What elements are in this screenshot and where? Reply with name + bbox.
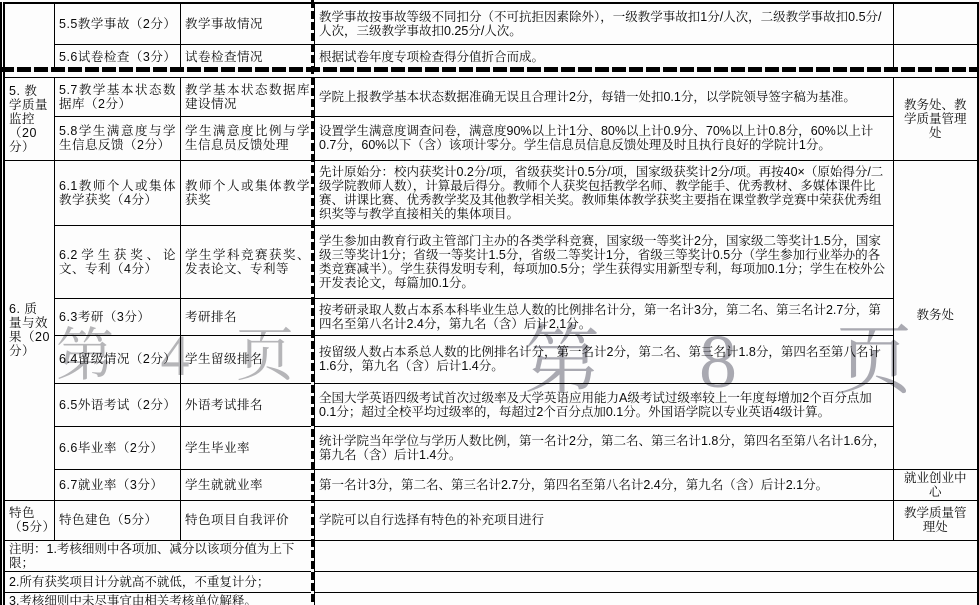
item-cell: 6.7就业率（3分） — [55, 469, 181, 500]
criteria-cell: 设置学生满意度调查问卷，满意度90%以上计1分、80%以上计0.9分、70%以上… — [315, 116, 894, 160]
item-cell: 6.6毕业率（2分） — [55, 426, 181, 469]
item-cell: 5.7教学基本状态数据库（2分） — [55, 77, 181, 116]
criteria-cell: 学院可以自行选择有特色的补充项目进行 — [315, 500, 894, 540]
category-cell: 特色（5分） — [3, 500, 55, 540]
item-cell: 6.4留级情况（2分） — [55, 335, 181, 383]
item-cell: 6.1教师个人或集体教学获奖（4分） — [55, 160, 181, 225]
note-text: 3.考核细则中未尽事宜由相关考核单位解释。 — [3, 592, 315, 605]
table-row: 6.7就业率（3分） 学生就就业率 第一名计3分，第二名、第三名计2.7分，第四… — [3, 469, 978, 500]
page-break-row — [3, 70, 978, 77]
item-cell: 5.6试卷检查（3分） — [55, 44, 181, 70]
note-text: 2.所有获奖项目计分就高不就低，不重复计分； — [3, 571, 315, 592]
observation-cell: 学生满意度比例与学生信息员反馈处理 — [181, 116, 315, 160]
table-row: 5.8学生满意度与学生信息反馈（2分） 学生满意度比例与学生信息员反馈处理 设置… — [3, 116, 978, 160]
unit-cell — [894, 3, 978, 44]
criteria-cell: 按留级人数占本系总人数的比例排名计分，第一名计2分，第二名、第三名计1.8分，第… — [315, 335, 894, 383]
item-cell: 5.5教学事故（2分） — [55, 3, 181, 44]
observation-cell: 教师个人或集体教学获奖 — [181, 160, 315, 225]
observation-cell: 学生就就业率 — [181, 469, 315, 500]
unit-cell: 教学质量管理处 — [894, 500, 978, 540]
assessment-criteria-table: 5.5教学事故（2分） 教学事故情况 教学事故按事故等级不同扣分（不可抗拒因素除… — [0, 2, 979, 605]
category-cell: 5. 教学质量监控（20分） — [3, 77, 55, 160]
scanned-assessment-document: 第 4 页 第 8 页 5.5教学事故（2分） 教学事故情况 教学事故按事故等级… — [0, 0, 979, 605]
observation-cell: 学生学科竞赛获奖、发表论文、专利等 — [181, 225, 315, 298]
criteria-cell: 教学事故按事故等级不同扣分（不可抗拒因素除外），一级教学事故扣1分/人次，二级教… — [315, 3, 894, 44]
note-row: 2.所有获奖项目计分就高不就低，不重复计分； — [3, 571, 978, 592]
category-cell: 6. 质量与效果（20分） — [3, 160, 55, 500]
observation-cell: 特色项目自我评价 — [181, 500, 315, 540]
note-spacer — [315, 571, 978, 592]
criteria-cell: 按考研录取人数占本系本科毕业生总人数的比例排名计分，第一名计3分，第二名、第三名… — [315, 298, 894, 335]
note-row: 注明：1.考核细则中各项加、减分以该项分值为上下限； — [3, 540, 978, 571]
item-cell: 5.8学生满意度与学生信息反馈（2分） — [55, 116, 181, 160]
table-row: 6.3考研（3分） 考研排名 按考研录取人数占本系本科毕业生总人数的比例排名计分… — [3, 298, 978, 335]
criteria-cell: 统计学院当年学位与学历人数比例，第一名计2分，第二名、第三名计1.8分，第四名至… — [315, 426, 894, 469]
note-spacer — [315, 540, 978, 571]
observation-cell: 教学基本状态数据库建设情况 — [181, 77, 315, 116]
unit-cell — [894, 44, 978, 70]
observation-cell: 学生留级排名 — [181, 335, 315, 383]
note-spacer — [315, 592, 978, 605]
unit-cell: 教务处、教学质量管理处 — [894, 77, 978, 160]
table-row: 6.6毕业率（2分） 学生毕业率 统计学院当年学位与学历人数比例，第一名计2分，… — [3, 426, 978, 469]
table-row: 6.5外语考试（2分） 外语考试排名 全国大学英语四级考试首次过级率及大学英语应… — [3, 383, 978, 426]
criteria-cell: 全国大学英语四级考试首次过级率及大学英语应用能力A级考试过级率较上一年度每增加2… — [315, 383, 894, 426]
table-row: 5.6试卷检查（3分） 试卷检查情况 根据试卷年度专项检查得分值折合而成。 — [3, 44, 978, 70]
observation-cell: 教学事故情况 — [181, 3, 315, 44]
item-cell: 特色建色（5分） — [55, 500, 181, 540]
table-row: 特色（5分） 特色建色（5分） 特色项目自我评价 学院可以自行选择有特色的补充项… — [3, 500, 978, 540]
item-cell: 6.2学生获奖、论文、专利（4分） — [55, 225, 181, 298]
item-cell: 6.5外语考试（2分） — [55, 383, 181, 426]
table-row: 6.4留级情况（2分） 学生留级排名 按留级人数占本系总人数的比例排名计分，第一… — [3, 335, 978, 383]
criteria-cell: 学院上报教学基本状态数据准确无误且合理计2分，每错一处扣0.1分，以学院领导签字… — [315, 77, 894, 116]
item-cell: 6.3考研（3分） — [55, 298, 181, 335]
table-row: 5. 教学质量监控（20分） 5.7教学基本状态数据库（2分） 教学基本状态数据… — [3, 77, 978, 116]
criteria-cell: 根据试卷年度专项检查得分值折合而成。 — [315, 44, 894, 70]
page-break-line — [3, 70, 978, 77]
observation-cell: 学生毕业率 — [181, 426, 315, 469]
observation-cell: 考研排名 — [181, 298, 315, 335]
table-row: 6. 质量与效果（20分） 6.1教师个人或集体教学获奖（4分） 教师个人或集体… — [3, 160, 978, 225]
note-row: 3.考核细则中未尽事宜由相关考核单位解释。 — [3, 592, 978, 605]
unit-cell: 就业创业中心 — [894, 469, 978, 500]
unit-cell: 教务处 — [894, 160, 978, 469]
criteria-cell: 第一名计3分，第二名、第三名计2.7分，第四名至第八名计2.4分，第九名（含）后… — [315, 469, 894, 500]
criteria-cell: 先计原始分：校内获奖计0.2分/项，省级获奖计0.5分/项，国家级获奖计2分/项… — [315, 160, 894, 225]
category-cell — [3, 3, 55, 70]
criteria-cell: 学生参加由教育行政主管部门主办的各类学科竞赛，国家级一等奖计2分，国家级二等奖计… — [315, 225, 894, 298]
observation-cell: 外语考试排名 — [181, 383, 315, 426]
table-row: 6.2学生获奖、论文、专利（4分） 学生学科竞赛获奖、发表论文、专利等 学生参加… — [3, 225, 978, 298]
observation-cell: 试卷检查情况 — [181, 44, 315, 70]
table-row: 5.5教学事故（2分） 教学事故情况 教学事故按事故等级不同扣分（不可抗拒因素除… — [3, 3, 978, 44]
note-text: 注明：1.考核细则中各项加、减分以该项分值为上下限； — [3, 540, 315, 571]
